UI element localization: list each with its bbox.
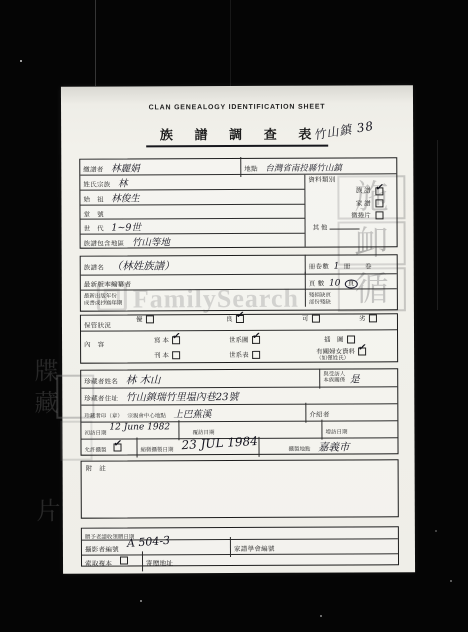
photographer-number-value: A 504-3 xyxy=(127,534,171,550)
collector-section-table: 繳譜者 林麗娟 地點 台灣省南投縣竹山鎮 姓氏宗族 林 xyxy=(79,157,397,248)
second-visit-label: 覆訪日期 xyxy=(192,430,214,436)
filming-place-label: 攝製地點 xyxy=(289,447,311,453)
left-margin-seal-stamp: 牒藏 xyxy=(28,358,58,422)
condition-excellent: 優 xyxy=(136,314,154,323)
clan-center-value: 上巴蕉溪 xyxy=(173,409,211,420)
illustrations-checkbox[interactable] xyxy=(347,336,355,344)
condition-good: 良 xyxy=(226,313,244,322)
form-title-chinese: 族 譜 調 查 表 xyxy=(146,124,329,148)
clan-genealogy-option-label: 族 譜 xyxy=(356,188,371,195)
filming-permitted-label: 允許攝製 xyxy=(85,448,107,454)
page-unit: 頁 xyxy=(345,279,358,288)
film-scratch xyxy=(437,140,438,310)
other-option-label: 其 他 xyxy=(313,225,328,232)
holder-section-table: 珍藏者姓名 林 木山 與受訪人 本族關係 是 珍藏者住址 竹山鎮瑞竹里塭內巷23… xyxy=(80,368,398,455)
left-margin-seal-stamp: 片 xyxy=(30,498,60,530)
filming-date-value: 23 JUL 1984 xyxy=(181,434,258,452)
holder-address-value: 竹山鎮瑞竹里塭內巷23號 xyxy=(126,392,239,403)
written-year-label: 成書或抄寫年期 xyxy=(84,299,302,307)
holder-name-label: 珍藏者姓名 xyxy=(84,378,118,385)
condition-table: 保管狀況 優 良 可 劣 內 容 xyxy=(80,313,398,363)
other-option-blank[interactable] xyxy=(329,223,359,230)
genealogy-title-value: （林姓族譜） xyxy=(112,260,175,272)
holder-seal-label: 珍藏者印（章） xyxy=(84,414,123,420)
volume-unit2: 卷 xyxy=(365,263,372,270)
mailing-address-label: 寄贈地址 xyxy=(146,560,173,567)
first-visit-label: 初訪日期 xyxy=(84,431,106,437)
condition-fair: 可 xyxy=(302,313,320,322)
volume-count-value: 1 xyxy=(334,262,340,272)
condition-fair-checkbox[interactable] xyxy=(311,314,319,322)
page-count-value: 10 xyxy=(329,279,340,289)
clan-genealogy-checkbox[interactable] xyxy=(375,187,383,195)
contents-label: 內 容 xyxy=(84,342,104,350)
pedigree-table-option: 世系表 xyxy=(229,350,260,359)
family-genealogy-checkbox[interactable] xyxy=(375,199,383,207)
genealogy-title-label: 族譜名 xyxy=(84,265,104,272)
film-scratch xyxy=(230,0,231,86)
filming-permitted-checkbox[interactable] xyxy=(114,443,122,451)
women-data-subnote: （如僅姓氏） xyxy=(316,356,366,363)
pedigree-chart-option: 世系圖 xyxy=(229,335,260,344)
microfilm-frame: 牒藏 片 CLAN GENEALOGY IDENTIFICATION SHEET… xyxy=(0,0,468,632)
microfilm-option-label: 微捲片 xyxy=(351,212,371,219)
latest-compiler-label: 最新版本編纂者 xyxy=(84,281,132,288)
form-title-english: CLAN GENEALOGY IDENTIFICATION SHEET xyxy=(61,103,413,112)
clan-center-label: 宗親會中心地點 xyxy=(127,413,166,419)
filming-place-value: 嘉義市 xyxy=(318,442,350,454)
notes-table: 附 註 xyxy=(81,459,399,518)
relation-label-line2: 本族關係 xyxy=(323,378,345,385)
first-visit-value: 12 June 1982 xyxy=(109,422,170,432)
covered-area-value: 竹山等地 xyxy=(132,237,170,248)
pedigree-table-checkbox[interactable] xyxy=(252,351,260,359)
holder-address-label: 珍藏者住址 xyxy=(84,396,118,403)
notes-label: 附 註 xyxy=(86,466,106,474)
admin-table: 贈予老譜收領贈日期 攝影者編號 A 504-3 家譜學會編號 索取複本 xyxy=(81,526,399,566)
condition-label: 保管狀況 xyxy=(84,322,111,329)
volume-unit1: 冊 xyxy=(344,264,351,271)
film-scratch xyxy=(95,0,96,86)
volume-count-label: 冊卷數 xyxy=(309,264,329,271)
manuscript-checkbox[interactable] xyxy=(172,337,180,345)
third-visit-label: 增訪日期 xyxy=(325,430,347,436)
printed-option: 刊 本 xyxy=(154,350,180,359)
request-copy-checkbox[interactable] xyxy=(120,557,128,565)
illustrations-option: 插 圖 xyxy=(324,334,355,343)
partial-damage-label: 部份殘缺 xyxy=(309,299,394,306)
film-specks xyxy=(20,60,22,62)
printed-checkbox[interactable] xyxy=(172,352,180,360)
page-count-label: 頁 數 xyxy=(309,281,325,288)
genealogy-form-page: CLAN GENEALOGY IDENTIFICATION SHEET 族 譜 … xyxy=(61,85,415,574)
women-data-checkbox[interactable] xyxy=(358,348,366,356)
request-copy-label: 索取複本 xyxy=(85,560,112,567)
covered-area-label: 族譜包含地區 xyxy=(84,240,125,247)
filming-date-label: 縮微攝製日期 xyxy=(141,447,174,453)
holder-name-value: 林 木山 xyxy=(126,374,161,386)
women-data-option: 有關婦女資料 （如僅姓氏） xyxy=(316,346,366,362)
condition-poor-checkbox[interactable] xyxy=(368,314,376,322)
condition-poor: 劣 xyxy=(359,313,377,322)
book-info-table: 族譜名 （林姓族譜） 冊卷數 1 冊 卷 最新版本編纂者 頁 數 10 頁 xyxy=(80,254,398,311)
condition-good-checkbox[interactable] xyxy=(235,315,243,323)
introducer-label: 介紹者 xyxy=(309,412,329,419)
family-genealogy-option-label: 家 譜 xyxy=(356,200,371,207)
manuscript-option: 寫 本 xyxy=(154,335,180,344)
condition-excellent-checkbox[interactable] xyxy=(145,315,153,323)
relation-value: 是 xyxy=(350,374,360,385)
pedigree-chart-checkbox[interactable] xyxy=(252,336,260,344)
microfilm-checkbox[interactable] xyxy=(375,212,383,220)
